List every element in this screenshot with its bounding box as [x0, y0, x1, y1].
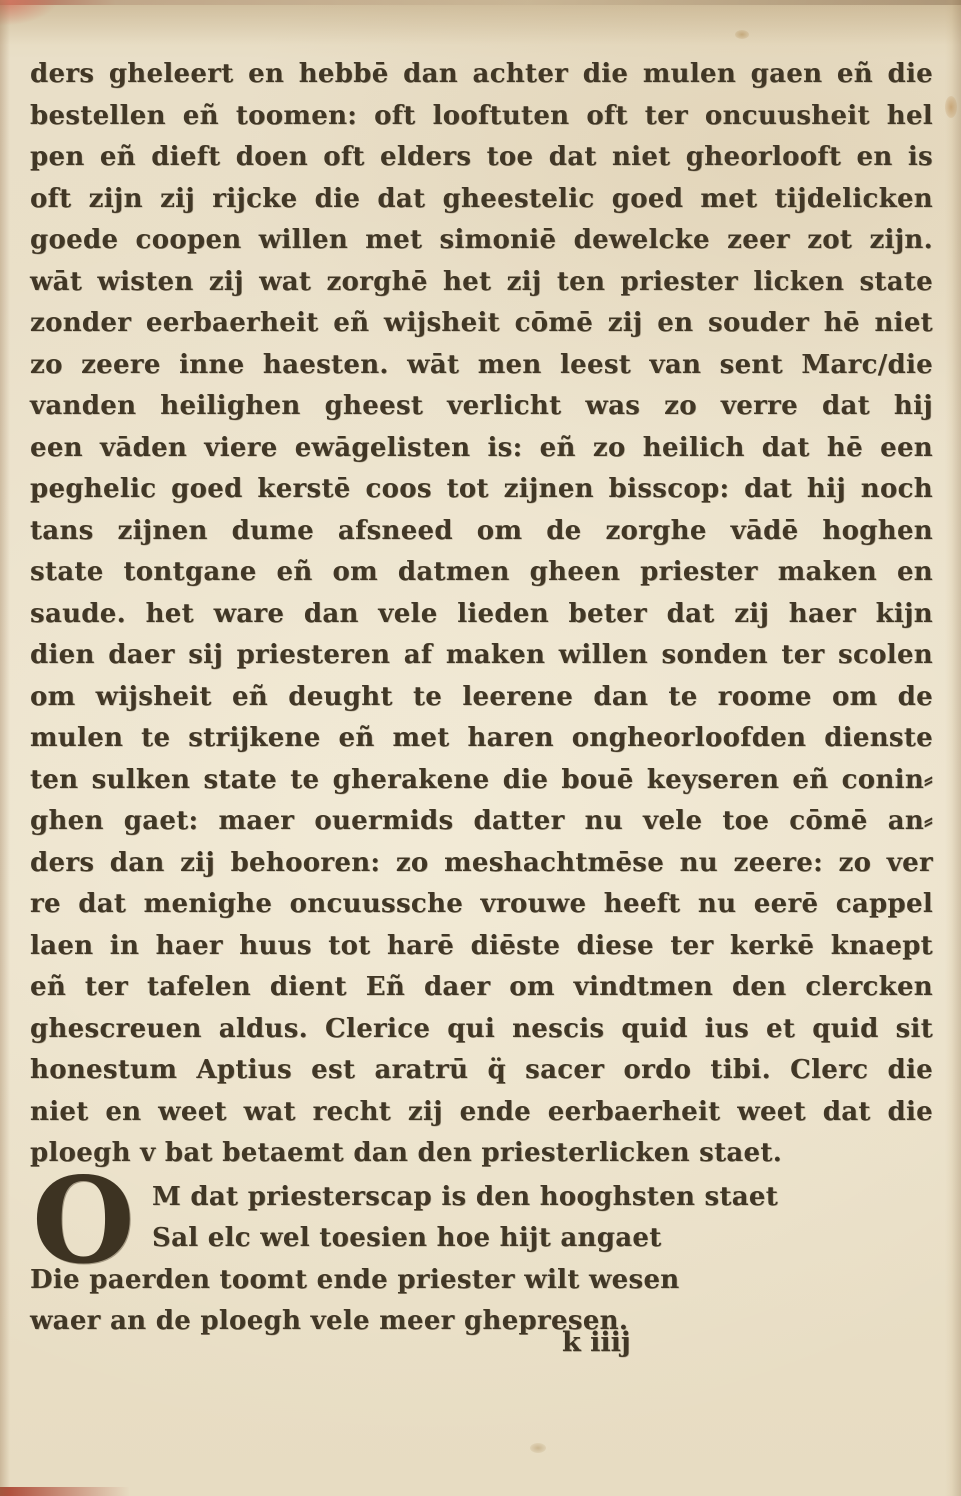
book-page: ders gheleert en hebbē dan achter die mu…: [0, 0, 961, 1496]
text-line: goede coopen willen met simoniē dewelcke…: [30, 220, 933, 262]
text-line: state tontgane eñ om datmen gheen priest…: [30, 552, 933, 594]
text-line: dien daer sij priesteren af maken willen…: [30, 635, 933, 677]
text-line: laen in haer huus tot harē diēste diese …: [30, 926, 933, 968]
page-left-edge: [0, 0, 10, 1496]
text-line: saude. het ware dan vele lieden beter da…: [30, 594, 933, 636]
text-line: om wijsheit eñ deught te leerene dan te …: [30, 677, 933, 719]
text-line: honestum Aptius est aratrū q̈ sacer ordo…: [30, 1050, 933, 1092]
text-line: ten sulken state te gherakene die bouē k…: [30, 760, 933, 802]
text-line: mulen te strijkene eñ met haren ongheorl…: [30, 718, 933, 760]
verse-line: Die paerden toomt ende priester wilt wes…: [30, 1260, 933, 1302]
text-line: bestellen eñ toomen: oft looftuten oft t…: [30, 96, 933, 138]
red-edge-bottom-left: [0, 1487, 130, 1496]
text-block: ders gheleert en hebbē dan achter die mu…: [30, 54, 933, 1343]
text-line: pen eñ dieft doen oft elders toe dat nie…: [30, 137, 933, 179]
quire-signature: k iiij: [562, 1327, 631, 1358]
text-line: re dat menighe oncuussche vrouwe heeft n…: [30, 884, 933, 926]
text-line: zo zeere inne haesten. wāt men leest van…: [30, 345, 933, 387]
text-line: ploegh v bat betaemt dan den priesterlic…: [30, 1133, 933, 1175]
text-line: tans zijnen dume afsneed om de zorghe vā…: [30, 511, 933, 553]
page-right-edge: [945, 0, 961, 1496]
verse-line: waer an de ploegh vele meer ghepresen.: [30, 1301, 933, 1343]
text-line: ghen gaet: maer ouermids datter nu vele …: [30, 801, 933, 843]
text-line: een vāden viere ewāgelisten is: eñ zo he…: [30, 428, 933, 470]
text-line: ghescreuen aldus. Clerice qui nescis qui…: [30, 1009, 933, 1051]
verse-line: Sal elc wel toesien hoe hijt angaet: [30, 1218, 933, 1260]
text-line: zonder eerbaerheit eñ wijsheit cōmē zij …: [30, 303, 933, 345]
text-line: wāt wisten zij wat zorghē het zij ten pr…: [30, 262, 933, 304]
foxing-spot: [530, 1443, 546, 1453]
decorated-initial: O: [32, 1171, 135, 1271]
text-line: peghelic goed kerstē coos tot zijnen bis…: [30, 469, 933, 511]
page-top-shadow: [0, 5, 961, 45]
verse-block: O M dat priesterscap is den hooghsten st…: [30, 1177, 933, 1343]
text-line: oft zijn zij rijcke die dat gheestelic g…: [30, 179, 933, 221]
text-line: ders gheleert en hebbē dan achter die mu…: [30, 54, 933, 96]
text-line: vanden heilighen gheest verlicht was zo …: [30, 386, 933, 428]
verse-line: M dat priesterscap is den hooghsten stae…: [30, 1177, 933, 1219]
text-line: ders dan zij behooren: zo meshachtmēse n…: [30, 843, 933, 885]
text-line: eñ ter tafelen dient Eñ daer om vindtmen…: [30, 967, 933, 1009]
text-line: niet en weet wat recht zij ende eerbaerh…: [30, 1092, 933, 1134]
